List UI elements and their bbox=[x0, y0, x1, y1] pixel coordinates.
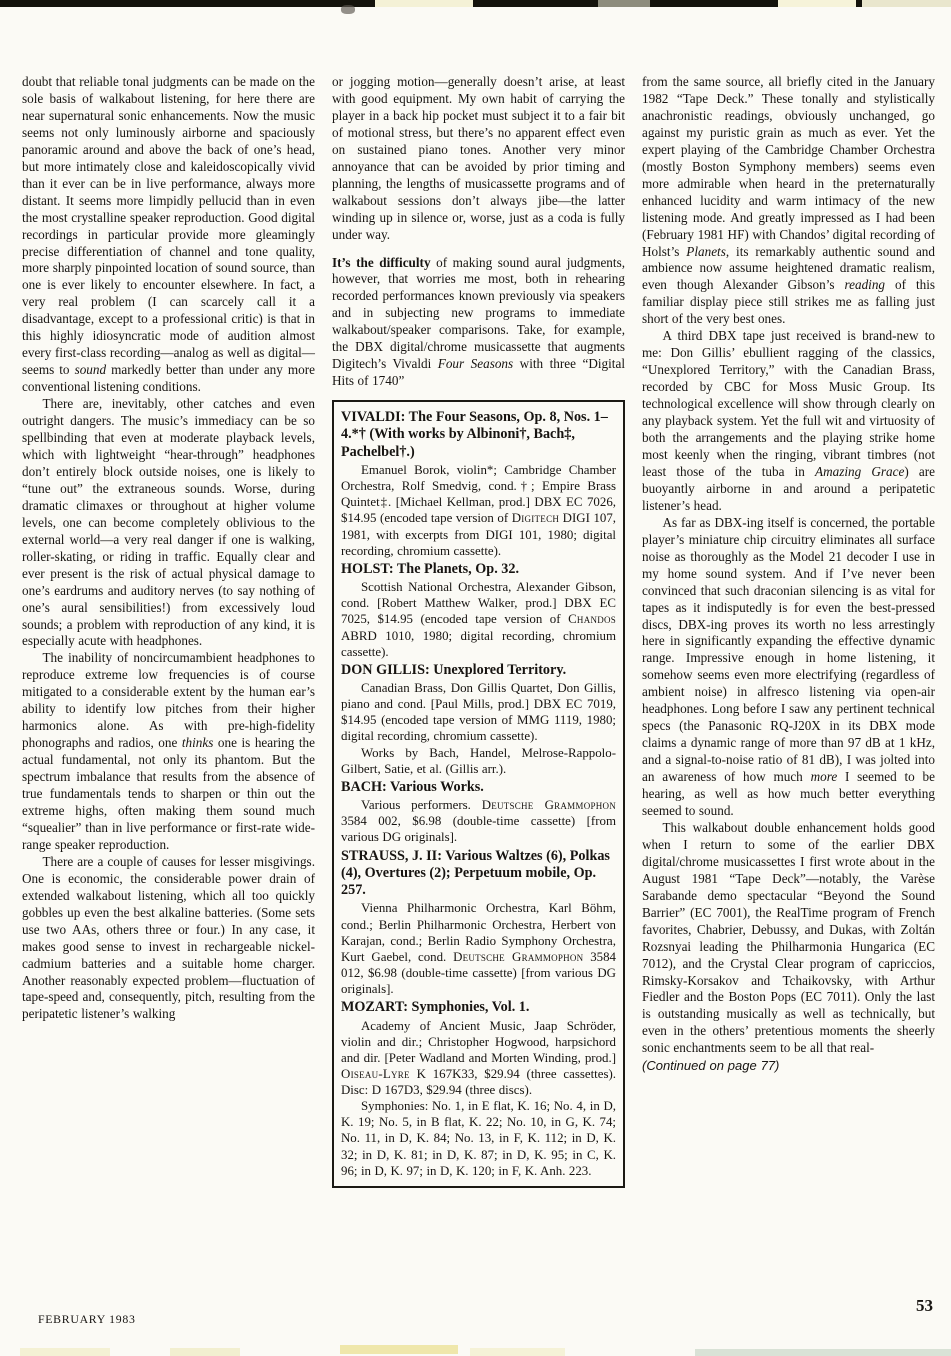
paragraph: Symphonies: No. 1, in E flat, K. 16; No.… bbox=[341, 1098, 616, 1179]
text-run: VIVALDI: The Four Seasons, Op. 8, Nos. 1… bbox=[341, 409, 608, 460]
text-run: one is hearing the actual fundamental, n… bbox=[22, 735, 315, 852]
text-run: This walkabout double enhancement holds … bbox=[642, 820, 935, 1055]
continued-note: (Continued on page 77) bbox=[642, 1058, 935, 1075]
italic-text: more bbox=[811, 769, 838, 784]
paragraph: Various performers. Deutsche Grammophon … bbox=[341, 797, 616, 845]
italic-text: sound bbox=[75, 362, 107, 377]
text-run: BACH: Various Works. bbox=[341, 779, 484, 795]
scan-patch bbox=[862, 0, 951, 7]
paragraph: Academy of Ancient Music, Jaap Schröder,… bbox=[341, 1018, 616, 1099]
entry-heading: STRAUSS, J. II: Various Waltzes (6), Pol… bbox=[341, 848, 616, 900]
issue-date: FEBRUARY 1983 bbox=[38, 1312, 136, 1327]
text-run: As far as DBX-ing itself is concerned, t… bbox=[642, 515, 935, 784]
text-run: Chandos bbox=[568, 612, 616, 626]
page-number: 53 bbox=[916, 1296, 933, 1316]
text-run: Oiseau-Lyre bbox=[341, 1067, 410, 1081]
scan-patch bbox=[470, 1348, 565, 1356]
column-2: or jogging motion—generally doesn’t aris… bbox=[332, 74, 625, 1308]
text-run: A third DBX tape just received is brand-… bbox=[642, 328, 935, 479]
paragraph: There are, inevitably, other catches and… bbox=[22, 396, 315, 650]
text-run: 3584 002, $6.98 (double-time cassette) [… bbox=[341, 814, 616, 844]
paragraph: The inability of noncircumambient headph… bbox=[22, 650, 315, 853]
text-run: doubt that reliable tonal judgments can … bbox=[22, 74, 315, 377]
paragraph: from the same source, all briefly cited … bbox=[642, 74, 935, 328]
paragraph: It’s the difficulty of making sound aura… bbox=[332, 255, 625, 391]
paragraph: As far as DBX-ing itself is concerned, t… bbox=[642, 515, 935, 820]
text-run: DON GILLIS: Unexplored Territory. bbox=[341, 662, 566, 678]
column-3: from the same source, all briefly cited … bbox=[642, 74, 935, 1308]
text-run: Digitech bbox=[512, 511, 559, 525]
bold-text: It’s the difficulty bbox=[332, 255, 431, 270]
scan-patch bbox=[375, 0, 473, 7]
paragraph: doubt that reliable tonal judgments can … bbox=[22, 74, 315, 396]
paragraph: A third DBX tape just received is brand-… bbox=[642, 328, 935, 514]
paragraph: This walkabout double enhancement holds … bbox=[642, 820, 935, 1057]
entry-heading: VIVALDI: The Four Seasons, Op. 8, Nos. 1… bbox=[341, 409, 616, 461]
scan-smudge bbox=[341, 5, 355, 14]
article-columns: doubt that reliable tonal judgments can … bbox=[22, 74, 935, 1308]
text-run: (Continued on page 77) bbox=[642, 1058, 779, 1073]
scan-patch bbox=[340, 1345, 458, 1354]
entry-heading: MOZART: Symphonies, Vol. 1. bbox=[341, 999, 616, 1016]
paragraph: Canadian Brass, Don Gillis Quartet, Don … bbox=[341, 680, 616, 745]
text-run: STRAUSS, J. II: Various Waltzes (6), Pol… bbox=[341, 848, 610, 899]
paragraph: Scottish National Orchestra, Alexander G… bbox=[341, 579, 616, 660]
entry-heading: HOLST: The Planets, Op. 32. bbox=[341, 561, 616, 578]
scan-patch bbox=[598, 0, 650, 7]
text-run: from the same source, all briefly cited … bbox=[642, 74, 935, 259]
scan-patch bbox=[170, 1348, 240, 1356]
paragraph: Vienna Philharmonic Orchestra, Karl Böhm… bbox=[341, 900, 616, 997]
magazine-page: { "page": { "footer_left": "FEBRUARY 198… bbox=[0, 0, 951, 1356]
paragraph: There are a couple of causes for lesser … bbox=[22, 854, 315, 1024]
text-run: Deutsche Grammophon bbox=[453, 950, 583, 964]
column-1: doubt that reliable tonal judgments can … bbox=[22, 74, 315, 1308]
text-run: MOZART: Symphonies, Vol. 1. bbox=[341, 999, 529, 1015]
scan-edge-top bbox=[0, 0, 951, 7]
scan-patch bbox=[20, 1348, 110, 1356]
entry-heading: BACH: Various Works. bbox=[341, 779, 616, 796]
text-run: of making sound aural judgments, however… bbox=[332, 255, 625, 372]
paragraph: Emanuel Borok, violin*; Cambridge Chambe… bbox=[341, 462, 616, 559]
text-run: ABRD 1010, 1980; digital recording, chro… bbox=[341, 629, 616, 659]
text-run: Deutsche Grammophon bbox=[482, 798, 616, 812]
text-run: Works by Bach, Handel, Melrose-Rappolo-G… bbox=[341, 746, 616, 776]
italic-text: Planets bbox=[686, 244, 726, 259]
scan-patch bbox=[778, 0, 856, 7]
paragraph: or jogging motion—generally doesn’t aris… bbox=[332, 74, 625, 244]
text-run: HOLST: The Planets, Op. 32. bbox=[341, 561, 519, 577]
italic-text: reading bbox=[844, 277, 885, 292]
text-run: Various performers. bbox=[361, 798, 482, 812]
text-run: There are a couple of causes for lesser … bbox=[22, 854, 315, 1022]
entry-heading: DON GILLIS: Unexplored Territory. bbox=[341, 662, 616, 679]
scan-patch bbox=[695, 1349, 951, 1356]
text-run: Canadian Brass, Don Gillis Quartet, Don … bbox=[341, 681, 616, 743]
text-run: There are, inevitably, other catches and… bbox=[22, 396, 315, 648]
italic-text: Four Seasons bbox=[438, 356, 513, 371]
italic-text: thinks bbox=[182, 735, 214, 750]
italic-text: Amazing Grace bbox=[815, 464, 904, 479]
text-run: or jogging motion—generally doesn’t aris… bbox=[332, 74, 625, 242]
discography-box: VIVALDI: The Four Seasons, Op. 8, Nos. 1… bbox=[332, 400, 625, 1188]
text-run: Academy of Ancient Music, Jaap Schröder,… bbox=[341, 1019, 616, 1065]
paragraph: Works by Bach, Handel, Melrose-Rappolo-G… bbox=[341, 745, 616, 777]
text-run: Symphonies: No. 1, in E flat, K. 16; No.… bbox=[341, 1099, 616, 1178]
